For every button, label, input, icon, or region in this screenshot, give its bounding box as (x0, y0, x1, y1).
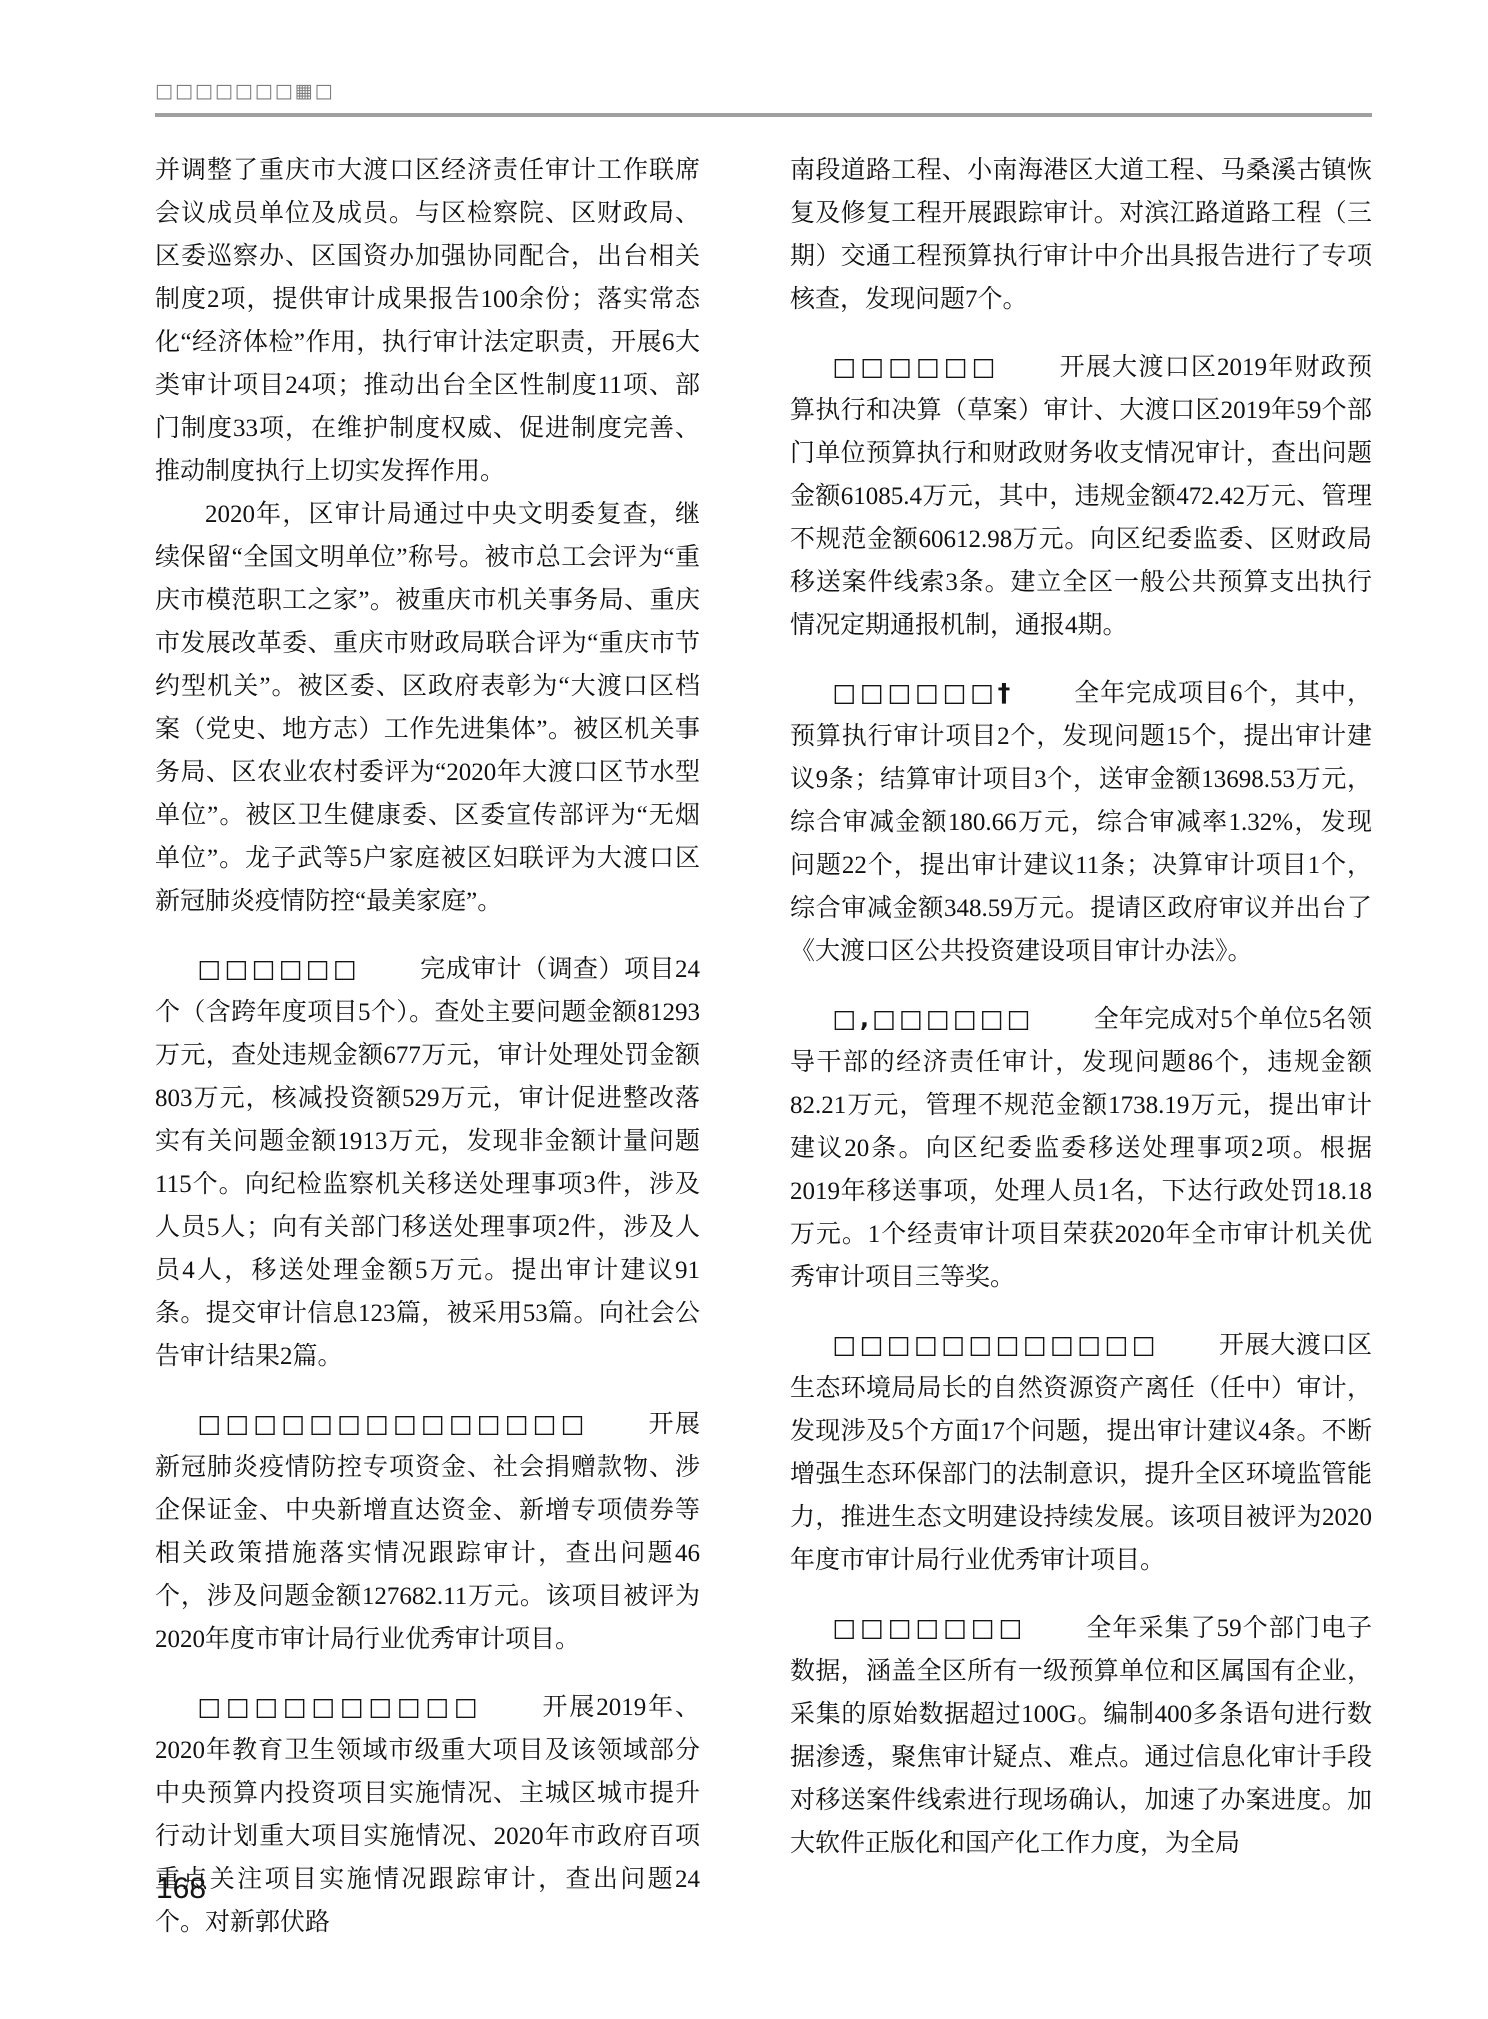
section-text: 全年采集了59个部门电子数据，涵盖全区所有一级预算单位和区属国有企业，采集的原始… (790, 1615, 1372, 1857)
section-text: 全年完成对5个单位5名领导干部的经济责任审计，发现问题86个，违规金额82.21… (790, 1006, 1372, 1291)
page-number: 168 (156, 1872, 206, 1906)
section-heading-tofu: □□□□□□□□□□□□□□ (198, 1409, 589, 1438)
section-heading-tofu: □□□□□□□ (833, 1613, 1027, 1642)
section: □□□□□□□全年采集了59个部门电子数据，涵盖全区所有一级预算单位和区属国有企… (790, 1606, 1372, 1865)
section-heading-tofu: □□□□□□† (833, 678, 1015, 707)
left-column: 并调整了重庆市大渡口区经济责任审计工作联席会议成员单位及成员。与区检察院、区财政… (155, 149, 700, 1944)
section: □□□□□□□□□□□□开展大渡口区生态环境局局长的自然资源资产离任（任中）审计… (790, 1323, 1372, 1582)
right-column: 南段道路工程、小南海港区大道工程、马桑溪古镇恢复及修复工程开展跟踪审计。对滨江路… (790, 149, 1372, 1944)
section-text: 开展大渡口区2019年财政预算执行和决算（草案）审计、大渡口区2019年59个部… (790, 354, 1372, 639)
section-heading-tofu: □□□□□□ (833, 352, 1000, 381)
section-heading-tofu: □□□□□□□□□□□□ (833, 1330, 1160, 1359)
page-header: □□□□□□□▦□ (0, 0, 1488, 117)
header-rule (155, 113, 1372, 117)
section-text: 开展2019年、2020年教育卫生领域市级重大项目及该领域部分中央预算内投资项目… (155, 1694, 700, 1936)
section-text: 开展大渡口区生态环境局局长的自然资源资产离任（任中）审计，发现涉及5个方面17个… (790, 1332, 1372, 1574)
section: □□□□□□†全年完成项目6个，其中，预算执行审计项目2个，发现问题15个，提出… (790, 671, 1372, 973)
section-text: 全年完成项目6个，其中，预算执行审计项目2个，发现问题15个，提出审计建议9条；… (790, 680, 1372, 965)
section: □□□□□□开展大渡口区2019年财政预算执行和决算（草案）审计、大渡口区201… (790, 345, 1372, 647)
paragraph-continuation: 南段道路工程、小南海港区大道工程、马桑溪古镇恢复及修复工程开展跟踪审计。对滨江路… (790, 149, 1372, 321)
section: □‚□□□□□□全年完成对5个单位5名领导干部的经济责任审计，发现问题86个，违… (790, 997, 1372, 1299)
content-columns: 并调整了重庆市大渡口区经济责任审计工作联席会议成员单位及成员。与区检察院、区财政… (155, 149, 1488, 1944)
section-heading-tofu: □‚□□□□□□ (833, 1004, 1034, 1033)
section-heading-tofu: □□□□□□ (198, 954, 361, 983)
section: □□□□□□□□□□□□□□开展新冠肺炎疫情防控专项资金、社会捐赠款物、涉企保证… (155, 1402, 700, 1661)
section: □□□□□□□□□□开展2019年、2020年教育卫生领域市级重大项目及该领域部… (155, 1685, 700, 1944)
section-text: 完成审计（调查）项目24个（含跨年度项目5个）。查处主要问题金额81293万元，… (155, 956, 700, 1370)
page: □□□□□□□▦□ 并调整了重庆市大渡口区经济责任审计工作联席会议成员单位及成员… (0, 0, 1488, 2019)
paragraph-continuation: 并调整了重庆市大渡口区经济责任审计工作联席会议成员单位及成员。与区检察院、区财政… (155, 149, 700, 493)
header-title-tofu: □□□□□□□▦□ (155, 78, 1372, 104)
paragraph: 2020年，区审计局通过中央文明委复查，继续保留“全国文明单位”称号。被市总工会… (155, 493, 700, 923)
section-heading-tofu: □□□□□□□□□□ (198, 1692, 483, 1721)
section-text: 开展新冠肺炎疫情防控专项资金、社会捐赠款物、涉企保证金、中央新增直达资金、新增专… (155, 1411, 700, 1653)
section: □□□□□□完成审计（调查）项目24个（含跨年度项目5个）。查处主要问题金额81… (155, 947, 700, 1378)
